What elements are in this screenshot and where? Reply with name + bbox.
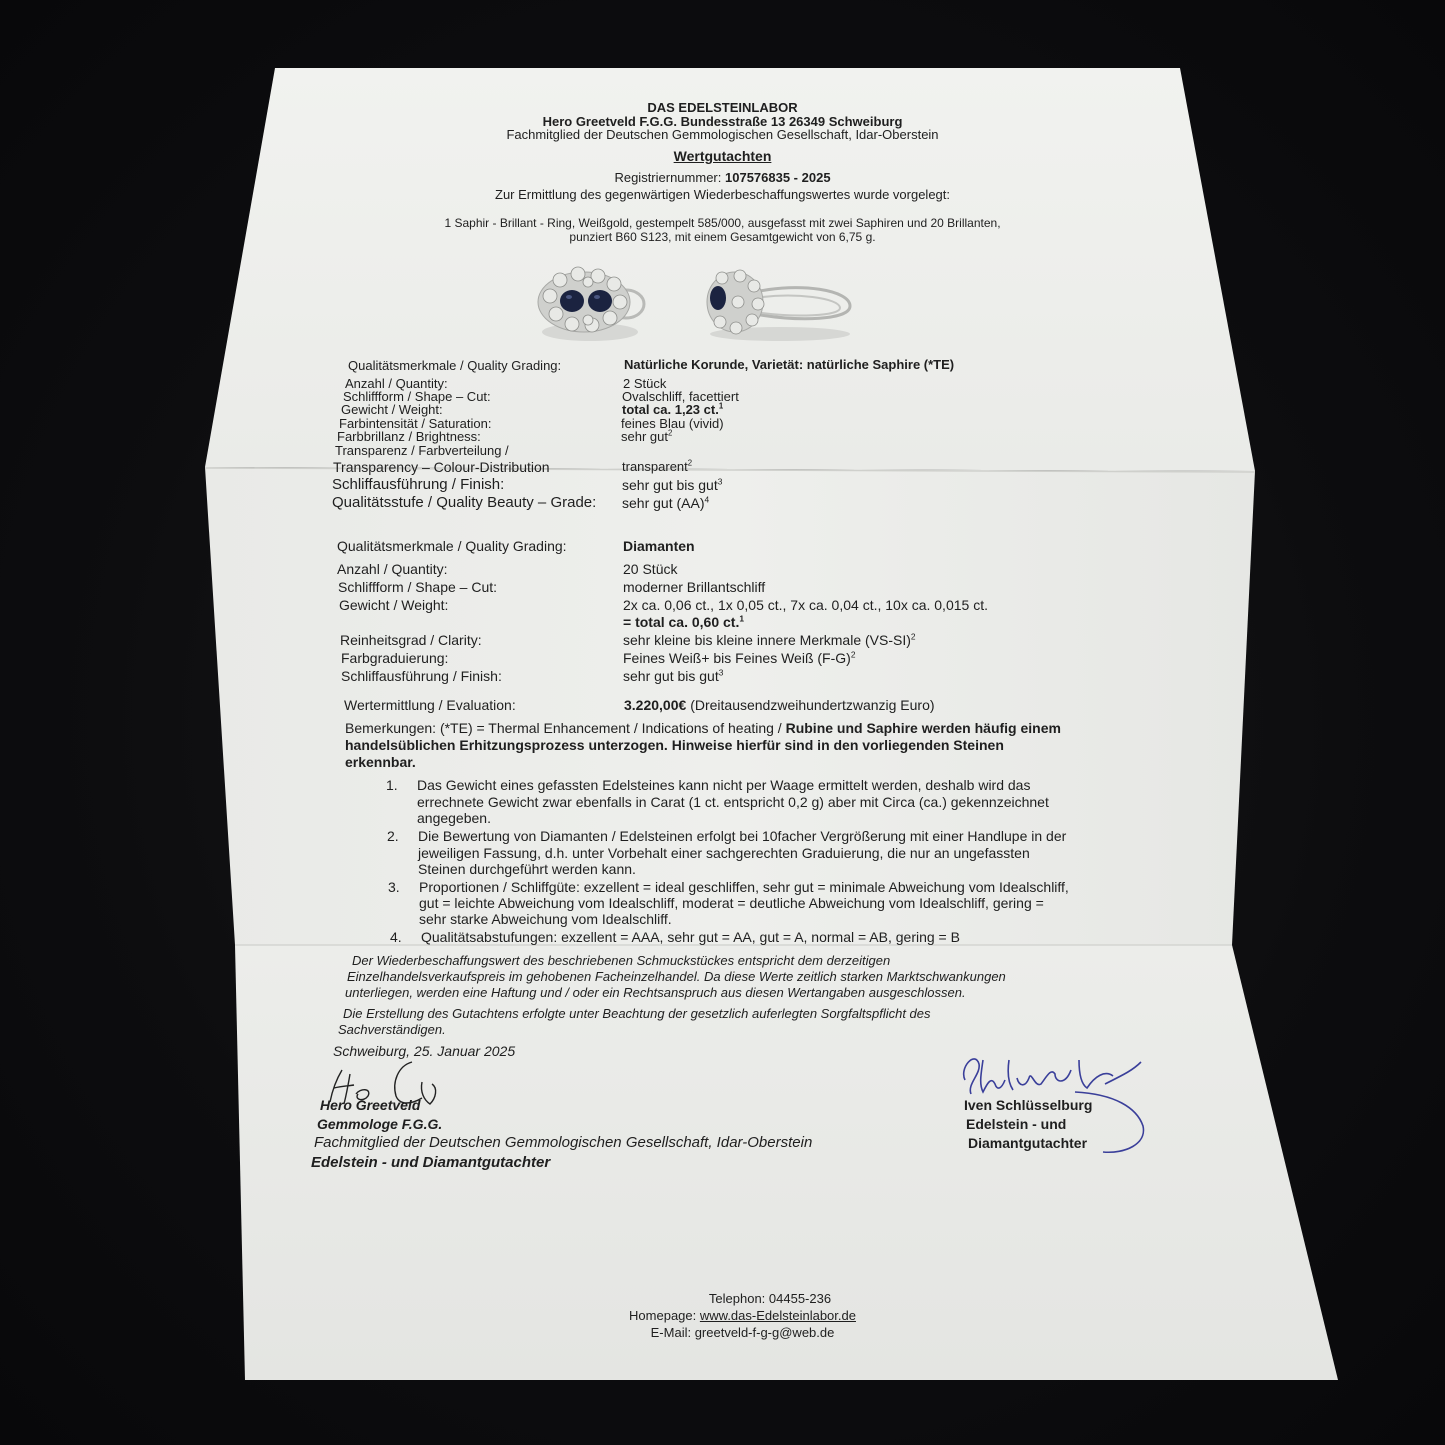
evaluation-value: 3.220,00€ (Dreitausendzweihundertzwanzig… bbox=[624, 697, 935, 713]
contact-phone: Telephon: 04455-236 bbox=[0, 1292, 1445, 1307]
footnote-3-line2: gut = leichte Abweichung vom Idealschlif… bbox=[419, 895, 1044, 911]
homepage-label: Homepage: bbox=[629, 1308, 696, 1323]
diamond-quantity-label: Anzahl / Quantity: bbox=[337, 561, 448, 577]
item-description-line1: 1 Saphir - Brillant - Ring, Weißgold, ge… bbox=[0, 217, 1445, 231]
item-description-line2: punziert B60 S123, mit einem Gesamtgewic… bbox=[0, 231, 1445, 245]
contact-homepage: Homepage: www.das-Edelsteinlabor.de bbox=[0, 1309, 1445, 1324]
registration-label: Registriernummer: bbox=[614, 170, 721, 185]
sapphire-brightness-value: sehr gut2 bbox=[621, 430, 672, 445]
sapphire-grade-label: Qualitätsstufe / Quality Beauty – Grade: bbox=[332, 494, 596, 511]
registration-number: Registriernummer: 107576835 - 2025 bbox=[0, 171, 1445, 186]
care-line1: Die Erstellung des Gutachtens erfolgte u… bbox=[343, 1007, 931, 1022]
remarks-line3: erkennbar. bbox=[345, 754, 416, 770]
left-signatory-name: Hero Greetveld bbox=[320, 1097, 420, 1113]
footnote-3-line1: Proportionen / Schliffgüte: exzellent = … bbox=[419, 879, 1069, 895]
right-signatory-role-1: Edelstein - und bbox=[966, 1116, 1066, 1132]
evaluation-amount: 3.220,00€ bbox=[624, 697, 686, 713]
diamond-color-value: Feines Weiß+ bis Feines Weiß (F-G)2 bbox=[623, 650, 855, 666]
ring-side-photo bbox=[700, 262, 860, 344]
footnote-1-line2: errechnete Gewicht zwar ebenfalls in Car… bbox=[417, 794, 1049, 810]
sapphire-grading-label: Qualitätsmerkmale / Quality Grading: bbox=[348, 359, 561, 374]
disclaimer-line1: Der Wiederbeschaffungswert des beschrieb… bbox=[352, 954, 890, 969]
left-signatory-membership: Fachmitglied der Deutschen Gemmologische… bbox=[314, 1134, 812, 1151]
footnote-2-number: 2. bbox=[387, 828, 399, 844]
evaluation-label: Wertermittlung / Evaluation: bbox=[344, 697, 516, 713]
sapphire-finish-label: Schliffausführung / Finish: bbox=[332, 476, 504, 493]
disclaimer-line2: Einzelhandelsverkaufspreis im gehobenen … bbox=[347, 970, 1006, 985]
diamond-grading-value: Diamanten bbox=[623, 538, 695, 554]
diamond-clarity-label: Reinheitsgrad / Clarity: bbox=[340, 632, 482, 648]
diamond-cut-label: Schliffform / Shape – Cut: bbox=[338, 579, 497, 595]
membership-line: Fachmitglied der Deutschen Gemmologische… bbox=[0, 128, 1445, 143]
footnote-4-number: 4. bbox=[390, 929, 402, 945]
footnote-2-line1: Die Bewertung von Diamanten / Edelsteine… bbox=[418, 828, 1066, 844]
contact-email: E-Mail: greetveld-f-g-g@web.de bbox=[0, 1326, 1445, 1341]
diamond-weight-value: 2x ca. 0,06 ct., 1x 0,05 ct., 7x ca. 0,0… bbox=[623, 597, 988, 613]
diamond-cut-value: moderner Brillantschliff bbox=[623, 579, 765, 595]
sapphire-grade-value: sehr gut (AA)4 bbox=[622, 495, 709, 511]
left-signatory-role: Edelstein - und Diamantgutachter bbox=[311, 1154, 550, 1171]
footnote-3-number: 3. bbox=[388, 879, 400, 895]
diamond-grading-label: Qualitätsmerkmale / Quality Grading: bbox=[337, 538, 567, 554]
registration-value: 107576835 - 2025 bbox=[725, 170, 831, 185]
diamond-weight-total: = total ca. 0,60 ct.1 bbox=[623, 614, 744, 630]
intro-text: Zur Ermittlung des gegenwärtigen Wiederb… bbox=[0, 188, 1445, 203]
care-line2: Sachverständigen. bbox=[338, 1023, 446, 1038]
document-title: Wertgutachten bbox=[0, 148, 1445, 164]
footnote-3-line3: sehr starke Abweichung vom Idealschliff. bbox=[419, 911, 672, 927]
diamond-finish-label: Schliffausführung / Finish: bbox=[341, 668, 502, 684]
remarks-line1: Bemerkungen: (*TE) = Thermal Enhancement… bbox=[345, 720, 1061, 736]
footnote-1-number: 1. bbox=[386, 777, 398, 793]
left-signatory-title: Gemmologe F.G.G. bbox=[317, 1116, 442, 1132]
sapphire-finish-value: sehr gut bis gut3 bbox=[622, 477, 722, 493]
footnote-2-line3: Steinen durchgeführt werden kann. bbox=[418, 861, 636, 877]
right-signatory-name: Iven Schlüsselburg bbox=[964, 1097, 1092, 1113]
diamond-clarity-value: sehr kleine bis kleine innere Merkmale (… bbox=[623, 632, 916, 648]
right-signatory-role-2: Diamantgutachter bbox=[968, 1135, 1087, 1151]
footnote-1-line3: angegeben. bbox=[417, 810, 491, 826]
diamond-color-label: Farbgraduierung: bbox=[341, 650, 448, 666]
sapphire-transparency-label-2: Transparency – Colour-Distribution bbox=[333, 459, 550, 475]
footnote-2-line2: jeweiligen Fassung, d.h. unter Vorbehalt… bbox=[418, 845, 1030, 861]
evaluation-amount-words: (Dreitausendzweihundertzwanzig Euro) bbox=[690, 697, 934, 713]
footnote-4-line1: Qualitätsabstufungen: exzellent = AAA, s… bbox=[421, 929, 960, 945]
sapphire-transparency-label-1: Transparenz / Farbverteilung / bbox=[335, 444, 509, 459]
footnote-1-line1: Das Gewicht eines gefassten Edelsteines … bbox=[417, 777, 1030, 793]
remarks-line2: handelsüblichen Erhitzungsprozess unterz… bbox=[345, 737, 1004, 753]
diamond-finish-value: sehr gut bis gut3 bbox=[623, 668, 723, 684]
sapphire-grading-value: Natürliche Korunde, Varietät: natürliche… bbox=[624, 358, 954, 373]
sapphire-transparency-value: transparent2 bbox=[622, 460, 692, 475]
homepage-link[interactable]: www.das-Edelsteinlabor.de bbox=[700, 1308, 856, 1323]
diamond-quantity-value: 20 Stück bbox=[623, 561, 677, 577]
disclaimer-line3: unterliegen, werden eine Haftung und / o… bbox=[345, 986, 966, 1001]
diamond-weight-label: Gewicht / Weight: bbox=[339, 597, 448, 613]
ring-front-photo bbox=[528, 262, 648, 344]
